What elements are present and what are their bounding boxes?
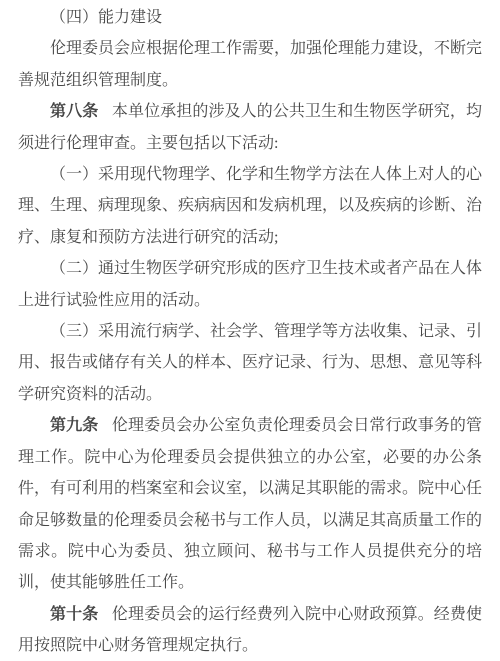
- article-10-number: 第十条: [50, 606, 98, 623]
- paragraph-clause-2: （二）通过生物医学研究形成的医疗卫生技术或者产品在人体上进行试验性应用的活动。: [18, 253, 482, 316]
- paragraph-clause-3: （三）采用流行病学、社会学、管理学等方法收集、记录、引用、报告或储存有关人的样本…: [18, 316, 482, 410]
- paragraph-clause-1: （一）采用现代物理学、化学和生物学方法在人体上对人的心理、生理、病理现象、疾病病…: [18, 159, 482, 253]
- paragraph-capacity-building: 伦理委员会应根据伦理工作需要，加强伦理能力建设，不断完善规范组织管理制度。: [18, 33, 482, 96]
- paragraph-text: （二）通过生物医学研究形成的医疗卫生技术或者产品在人体上进行试验性应用的活动。: [18, 260, 482, 308]
- document-page: （四）能力建设 伦理委员会应根据伦理工作需要，加强伦理能力建设，不断完善规范组织…: [0, 0, 500, 661]
- paragraph-text: （三）采用流行病学、社会学、管理学等方法收集、记录、引用、报告或储存有关人的样本…: [18, 323, 482, 403]
- paragraph-article-8: 第八条本单位承担的涉及人的公共卫生和生物医学研究，均须进行伦理审查。主要包括以下…: [18, 96, 482, 159]
- paragraph-article-10: 第十条伦理委员会的运行经费列入院中心财政预算。经费使用按照院中心财务管理规定执行…: [18, 599, 482, 661]
- article-8-number: 第八条: [50, 103, 98, 120]
- section-heading-capacity-building: （四）能力建设: [18, 2, 482, 33]
- paragraph-text: 伦理委员会办公室负责伦理委员会日常行政事务的管理工作。院中心为伦理委员会提供独立…: [18, 417, 482, 591]
- article-9-number: 第九条: [50, 417, 98, 434]
- paragraph-text: 伦理委员会应根据伦理工作需要，加强伦理能力建设，不断完善规范组织管理制度。: [18, 40, 482, 88]
- paragraph-text: （一）采用现代物理学、化学和生物学方法在人体上对人的心理、生理、病理现象、疾病病…: [18, 166, 482, 246]
- section-heading-text: （四）能力建设: [50, 9, 162, 26]
- paragraph-article-9: 第九条伦理委员会办公室负责伦理委员会日常行政事务的管理工作。院中心为伦理委员会提…: [18, 410, 482, 598]
